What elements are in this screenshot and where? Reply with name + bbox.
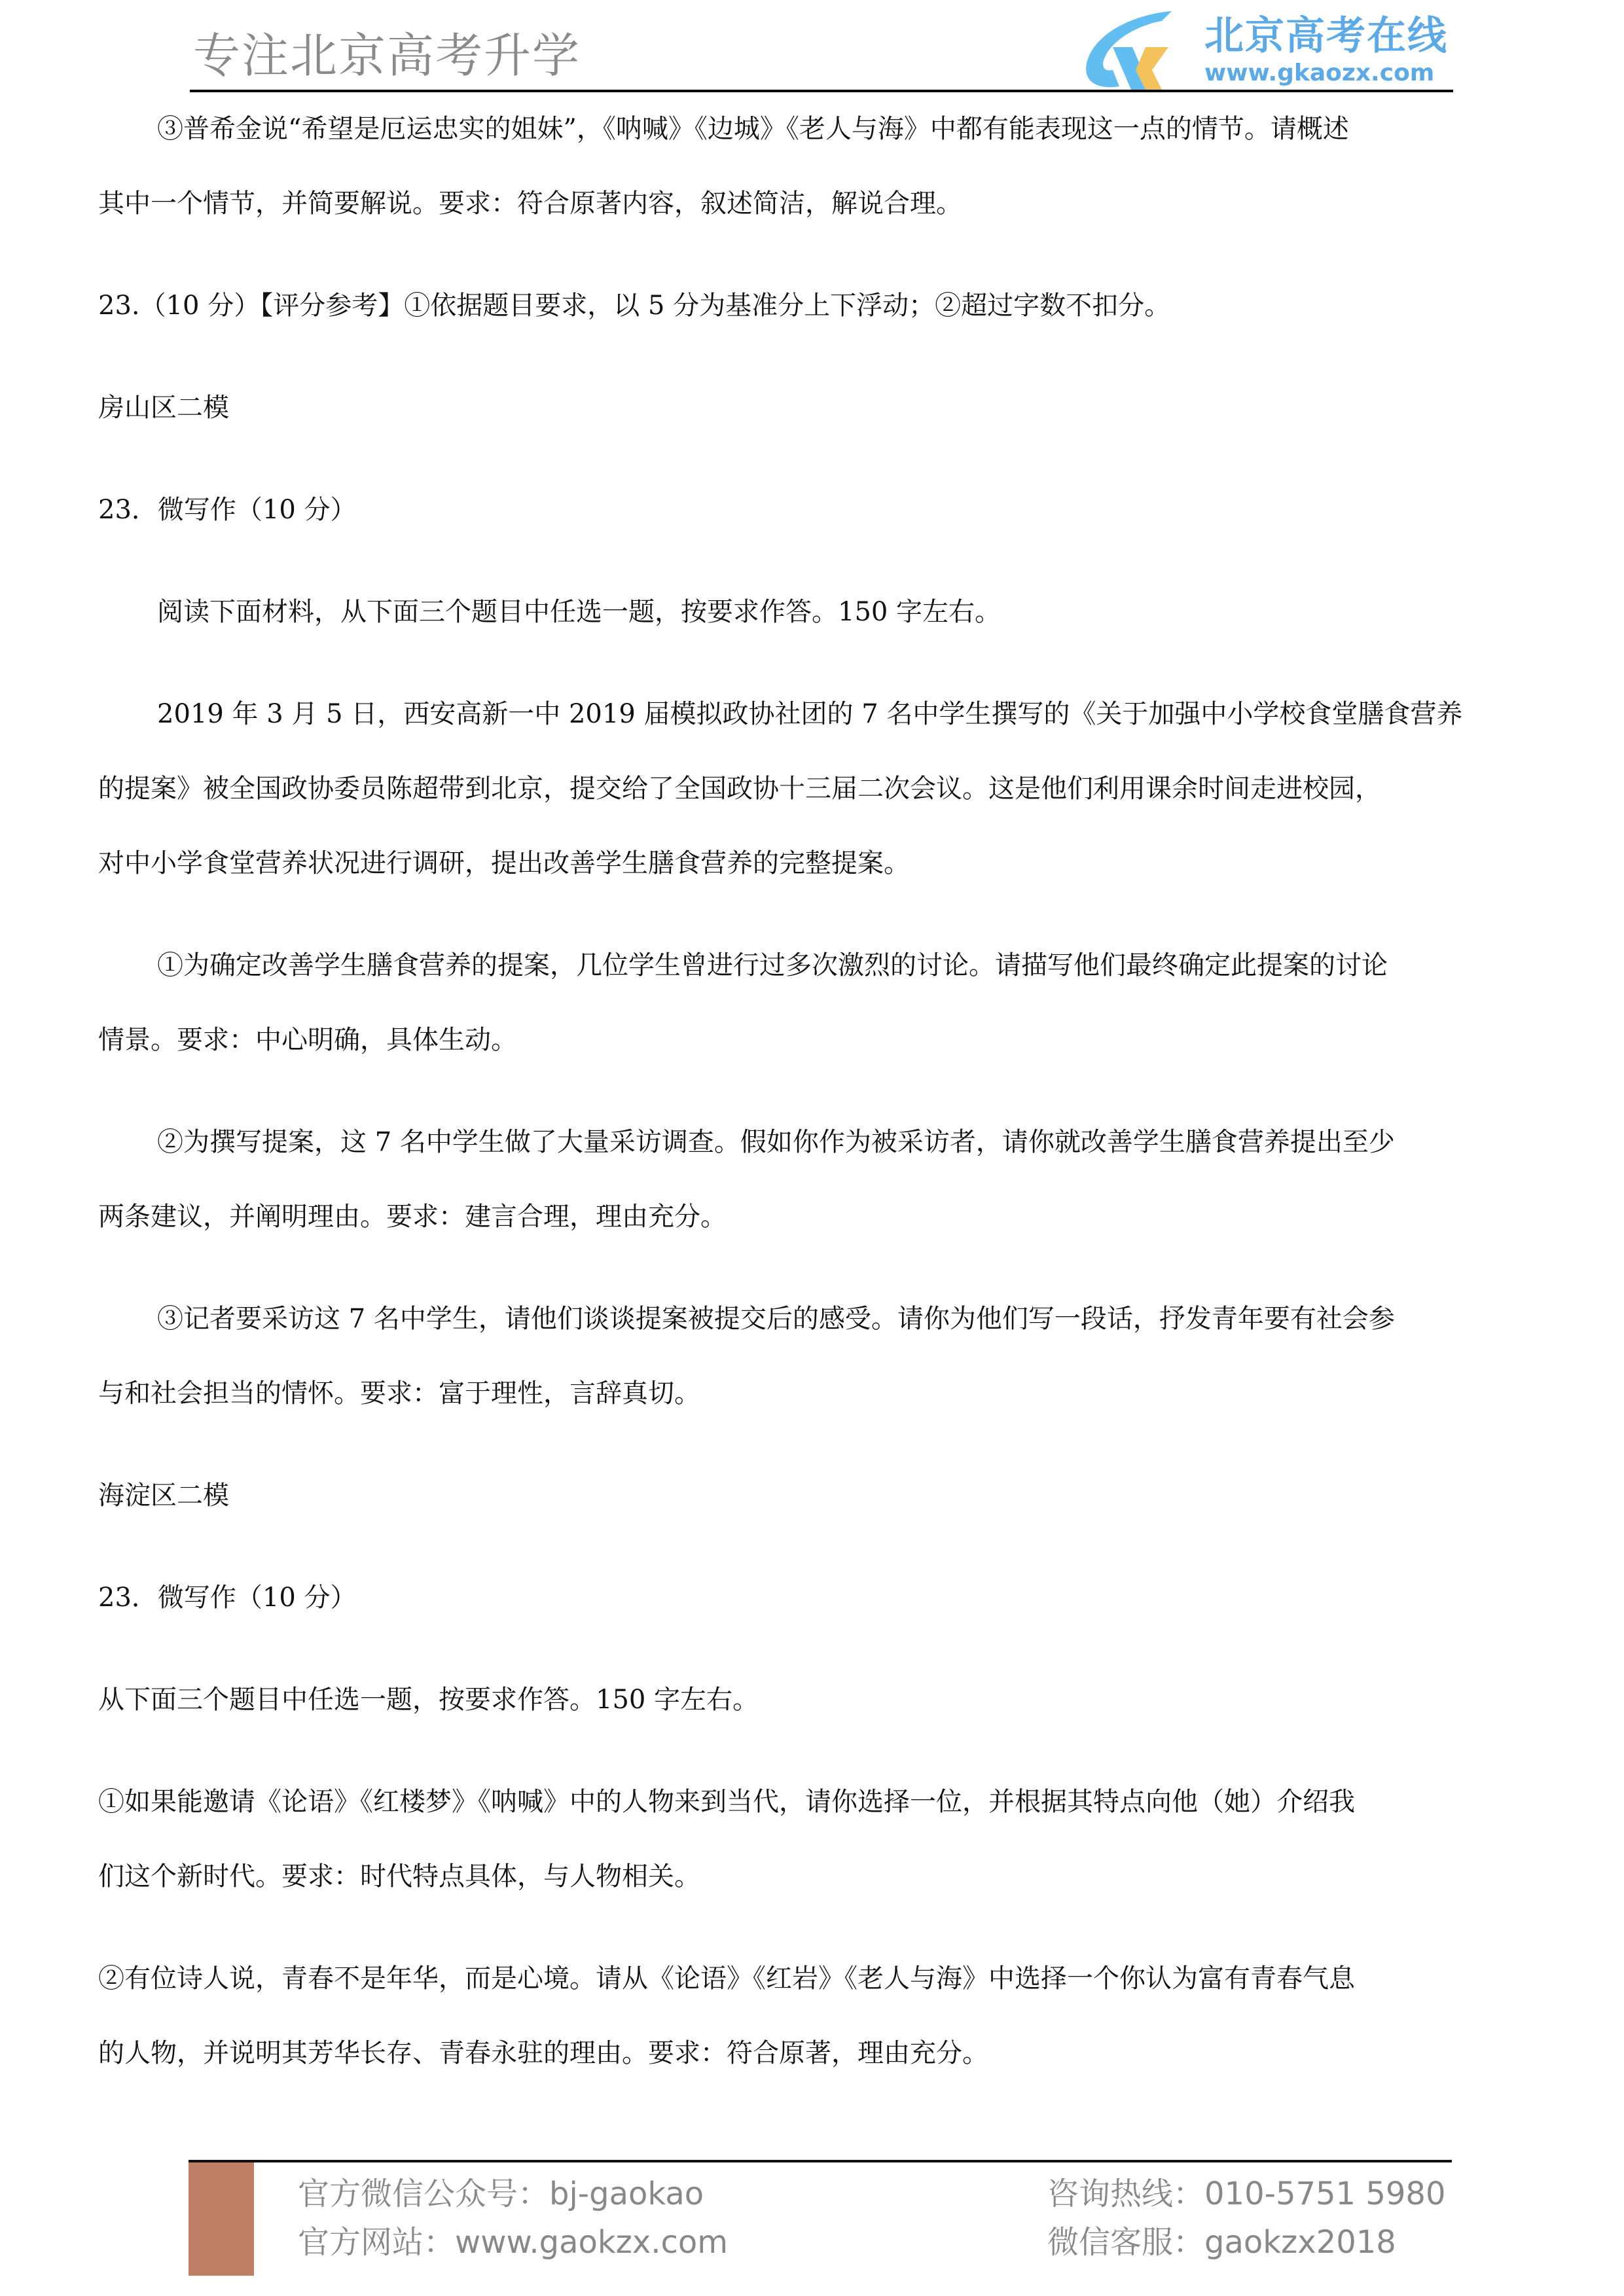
logo-url: www.gkaozx.com <box>1204 60 1434 86</box>
footer-wechat-service: 微信客服：gaokzx2018 <box>1047 2223 1396 2262</box>
text-line: 们这个新时代。要求：时代特点具体，与人物相关。 <box>98 1839 1525 1914</box>
text-line: 其中一个情节，并简要解说。要求：符合原著内容，叙述简洁，解说合理。 <box>98 166 1525 241</box>
text-line: ②为撰写提案，这 7 名中学生做了大量采访调查。假如你作为被采访者，请你就改善学… <box>98 1105 1525 1179</box>
paragraph-scoring-reference: 23.（10 分）【评分参考】①依据题目要求，以 5 分为基准分上下浮动；②超过… <box>98 268 1525 343</box>
text-line: 从下面三个题目中任选一题，按要求作答。150 字左右。 <box>98 1662 1525 1737</box>
footer-hotline: 咨询热线：010-5751 5980 <box>1047 2174 1446 2214</box>
text-line: 与和社会担当的情怀。要求：富于理性，言辞真切。 <box>98 1356 1525 1431</box>
section-heading-haidian: 海淀区二模 <box>98 1458 1525 1533</box>
option-3-paragraph: ③记者要采访这 7 名中学生，请他们谈谈提案被提交后的感受。请你为他们写一段话，… <box>98 1282 1525 1431</box>
paragraph-q3-pushkin: ③普希金说“希望是厄运忠实的姐妹”，《呐喊》《边城》《老人与海》中都有能表现这一… <box>98 92 1525 241</box>
text-line: 对中小学食堂营养状况进行调研，提出改善学生膳食营养的完整提案。 <box>98 826 1525 901</box>
instruction-paragraph: 从下面三个题目中任选一题，按要求作答。150 字左右。 <box>98 1662 1525 1737</box>
text-line: 2019 年 3 月 5 日，西安高新一中 2019 届模拟政协社团的 7 名中… <box>98 677 1525 751</box>
text-line: 23.（10 分）【评分参考】①依据题目要求，以 5 分为基准分上下浮动；②超过… <box>98 268 1525 343</box>
option-1-paragraph: ①为确定改善学生膳食营养的提案，几位学生曾进行过多次激烈的讨论。请描写他们最终确… <box>98 928 1525 1077</box>
text-line: ③记者要采访这 7 名中学生，请他们谈谈提案被提交后的感受。请你为他们写一段话，… <box>98 1282 1525 1356</box>
section-heading-fangshan: 房山区二模 <box>98 370 1525 445</box>
text-line: 情景。要求：中心明确，具体生动。 <box>98 1003 1525 1077</box>
text-line: ①如果能邀请《论语》《红楼梦》《呐喊》中的人物来到当代，请你选择一位，并根据其特… <box>98 1765 1525 1839</box>
footer-wechat-official: 官方微信公众号：bj-gaokao <box>298 2174 704 2214</box>
footer-website[interactable]: 官方网站：www.gaokzx.com <box>298 2223 728 2262</box>
text-line: 海淀区二模 <box>98 1458 1525 1533</box>
text-line: ②有位诗人说，青春不是年华，而是心境。请从《论语》《红岩》《老人与海》中选择一个… <box>98 1941 1525 2016</box>
footer-divider <box>189 2160 1452 2162</box>
header-slogan: 专注北京高考升学 <box>193 26 581 85</box>
text-line: ①为确定改善学生膳食营养的提案，几位学生曾进行过多次激烈的讨论。请描写他们最终确… <box>98 928 1525 1003</box>
text-line: 的提案》被全国政协委员陈超带到北京，提交给了全国政协十三届二次会议。这是他们利用… <box>98 751 1525 826</box>
logo-title: 北京高考在线 <box>1204 13 1448 59</box>
material-paragraph: 2019 年 3 月 5 日，西安高新一中 2019 届模拟政协社团的 7 名中… <box>98 677 1525 901</box>
text-line: 房山区二模 <box>98 370 1525 445</box>
text-line: ③普希金说“希望是厄运忠实的姐妹”，《呐喊》《边城》《老人与海》中都有能表现这一… <box>98 92 1525 166</box>
question-heading: 23．微写作（10 分） <box>98 473 1525 547</box>
option-2-paragraph: ②为撰写提案，这 7 名中学生做了大量采访调查。假如你作为被采访者，请你就改善学… <box>98 1105 1525 1254</box>
instruction-paragraph: 阅读下面材料，从下面三个题目中任选一题，按要求作答。150 字左右。 <box>98 575 1525 649</box>
text-line: 23．微写作（10 分） <box>98 473 1525 547</box>
option-2-paragraph: ②有位诗人说，青春不是年华，而是心境。请从《论语》《红岩》《老人与海》中选择一个… <box>98 1941 1525 2090</box>
option-1-paragraph: ①如果能邀请《论语》《红楼梦》《呐喊》中的人物来到当代，请你选择一位，并根据其特… <box>98 1765 1525 1914</box>
text-line: 两条建议，并阐明理由。要求：建言合理，理由充分。 <box>98 1179 1525 1254</box>
document-body: ③普希金说“希望是厄运忠实的姐妹”，《呐喊》《边城》《老人与海》中都有能表现这一… <box>98 92 1525 2118</box>
site-logo[interactable]: 北京高考在线 www.gkaozx.com <box>1074 8 1460 90</box>
text-line: 的人物，并说明其芳华长存、青春永驻的理由。要求：符合原著，理由充分。 <box>98 2016 1525 2090</box>
question-heading: 23．微写作（10 分） <box>98 1560 1525 1635</box>
gk-logo-icon <box>1074 8 1185 90</box>
text-line: 阅读下面材料，从下面三个题目中任选一题，按要求作答。150 字左右。 <box>98 575 1525 649</box>
footer-accent-bar <box>189 2162 254 2276</box>
text-line: 23．微写作（10 分） <box>98 1560 1525 1635</box>
